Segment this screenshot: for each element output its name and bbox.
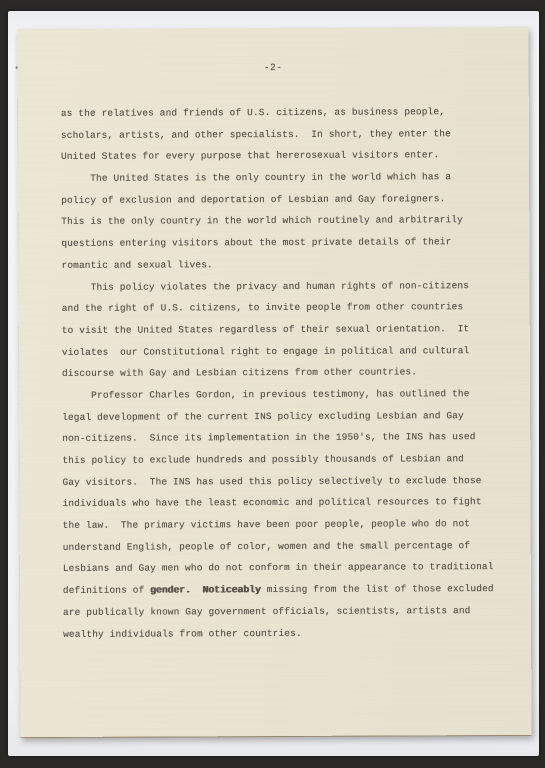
text-line: Professor Charles Gordon, in previous te…: [62, 383, 493, 407]
text-line: policy of exclusion and deportation of L…: [61, 188, 492, 212]
photo-background: -2- as the relatives and friends of U.S.…: [0, 0, 545, 768]
document-page: -2- as the relatives and friends of U.S.…: [17, 27, 531, 737]
text-line: scholars, artists, and other specialists…: [61, 123, 492, 147]
text-line: are publically known Gay government offi…: [63, 600, 494, 624]
overstruck-text: gender.: [150, 584, 191, 595]
text-line: understand English, people of color, wom…: [63, 535, 494, 559]
text-line: to visit the United States regardless of…: [62, 318, 493, 342]
text-line: questions entering visitors about the mo…: [61, 231, 492, 255]
text-line: discourse with Gay and Lesbian citizens …: [62, 361, 493, 385]
text-line: Lesbians and Gay men who do not conform …: [63, 556, 494, 580]
overstruck-text: Noticeably: [203, 584, 261, 595]
text-segment: definitions of: [63, 585, 150, 596]
text-line: This policy violates the privacy and hum…: [62, 275, 493, 299]
page-number: -2-: [18, 61, 529, 74]
text-line: the law. The primary victims have been p…: [63, 513, 494, 537]
text-segment: [191, 584, 203, 595]
text-line: Gay visitors. The INS has used this poli…: [62, 470, 493, 494]
text-line: definitions of gender. Noticeably missin…: [63, 578, 494, 602]
text-line: romantic and sexual lives.: [61, 253, 492, 277]
text-line: This is the only country in the world wh…: [61, 209, 492, 233]
text-line: legal development of the current INS pol…: [62, 405, 493, 429]
text-line: non-citizens. Since its implementation i…: [62, 426, 493, 450]
text-line: and the right of U.S. citizens, to invit…: [62, 296, 493, 320]
text-line: United States for every purpose that her…: [61, 144, 492, 168]
text-segment: missing from the list of those excluded: [261, 583, 494, 595]
text-line: wealthy individuals from other countries…: [63, 622, 494, 646]
text-line: individuals who have the least economic …: [62, 491, 493, 515]
text-line: this policy to exclude hundreds and poss…: [62, 448, 493, 472]
text-line: as the relatives and friends of U.S. cit…: [61, 101, 492, 125]
text-block: as the relatives and friends of U.S. cit…: [61, 101, 494, 645]
text-line: The United States is the only country in…: [61, 166, 492, 190]
text-line: violates our Constitutional right to eng…: [62, 340, 493, 364]
